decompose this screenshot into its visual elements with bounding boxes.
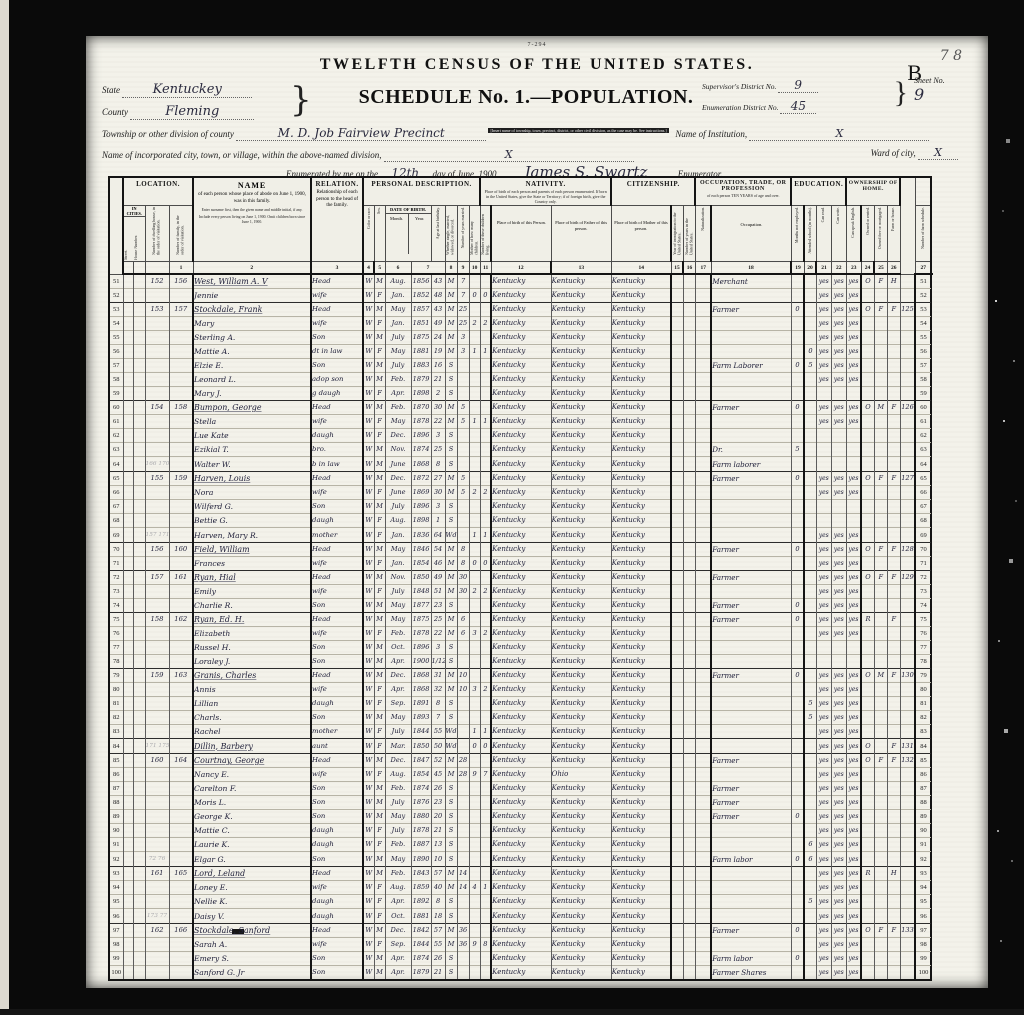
cell-s: F (374, 415, 385, 429)
cell-fh (887, 557, 900, 571)
cell-yus (683, 303, 695, 317)
county-value: Fleming (165, 104, 219, 119)
cell-cl: 1 (480, 725, 491, 739)
table-body: 51152156West, William A. VHeadWMAug.1856… (109, 274, 931, 980)
cell-ym (457, 514, 469, 528)
cell-n: 60 (109, 401, 123, 415)
cell-bm: Oct. (385, 909, 411, 924)
cell-rel: daugh (311, 697, 363, 711)
cell-cl (480, 613, 491, 627)
cell-mu: 0 (791, 401, 804, 415)
cell-s: M (374, 331, 385, 345)
cell-dw (145, 415, 169, 429)
cell-pb: Kentucky (491, 909, 551, 924)
cell-s: F (374, 909, 385, 924)
cell-pf: Kentucky (551, 627, 611, 641)
cell-age: 27 (431, 472, 445, 486)
cell-cl (480, 838, 491, 852)
cell-nat (695, 627, 711, 641)
cell-mc (469, 429, 480, 443)
cell-wr: yes (831, 274, 846, 289)
cell-bm: Dec. (385, 669, 411, 683)
cell-own: O (861, 401, 874, 415)
cell-pb: Kentucky (491, 754, 551, 768)
cell-n: 73 (109, 585, 123, 599)
cell-cl (480, 543, 491, 557)
cell-pf: Kentucky (551, 415, 611, 429)
cell-occ (711, 909, 791, 924)
cell-fr: F (874, 924, 887, 938)
cell-by: 1898 (411, 387, 431, 401)
father-birthplace-header: Place of birth of Father of this person. (551, 206, 611, 262)
cell-name: Stockdale, Sanford (193, 924, 311, 938)
cell-street (123, 514, 133, 528)
cell-yus (683, 415, 695, 429)
cell-cl (480, 867, 491, 881)
cell-fs (900, 274, 915, 289)
cell-pm: Kentucky (611, 683, 671, 697)
cell-wr (831, 641, 846, 655)
cell-fs (900, 895, 915, 909)
cell-sch (804, 867, 816, 881)
cell-n: 59 (109, 387, 123, 401)
cell-age: 55 (431, 938, 445, 952)
cell-name: Elgar G. (193, 852, 311, 867)
column-number: 18 (711, 262, 791, 275)
cell-dw (145, 331, 169, 345)
cell-imm (671, 373, 683, 387)
cell-pb: Kentucky (491, 683, 551, 697)
cell-ms: M (445, 543, 457, 557)
cell-mu (791, 373, 804, 387)
cell-own (861, 824, 874, 838)
months-not-employed-header: Months not employed. (791, 206, 804, 262)
cell-occ (711, 331, 791, 345)
cell-en: yes (846, 669, 861, 683)
cell-dw: 153 (145, 303, 169, 317)
cell-ym: 3 (457, 345, 469, 359)
cell-fr (874, 697, 887, 711)
cell-fh (887, 966, 900, 981)
cell-fam (169, 683, 193, 697)
cell-wr: yes (831, 669, 846, 683)
cell-age: 55 (431, 725, 445, 739)
cell-ym: 10 (457, 669, 469, 683)
census-row: 80AnniswifeWFApr.186832M1032KentuckyKent… (109, 683, 931, 697)
cell-house (133, 514, 145, 528)
cell-wr: yes (831, 613, 846, 627)
ghost-bleedthrough-number: 72 76 (149, 856, 166, 862)
cell-street (123, 289, 133, 303)
cell-wr (831, 387, 846, 401)
cell-n: 70 (915, 543, 931, 557)
cell-age: 3 (431, 500, 445, 514)
cell-pb: Kentucky (491, 824, 551, 838)
cell-pm: Kentucky (611, 317, 671, 331)
cell-own (861, 500, 874, 514)
cell-fr (874, 867, 887, 881)
cell-sch (804, 599, 816, 613)
cell-mc (469, 655, 480, 669)
cell-rd: yes (816, 303, 831, 317)
enumeration-district-value: 45 (791, 99, 806, 113)
cell-fh: F (887, 613, 900, 627)
birth-year-label: Year. (409, 214, 431, 254)
cell-house (133, 697, 145, 711)
cell-age: 18 (431, 909, 445, 924)
state-line: State Kentuckey (102, 82, 252, 98)
cell-own (861, 345, 874, 359)
cell-n: 53 (109, 303, 123, 317)
cell-wr: yes (831, 303, 846, 317)
cell-pf: Kentucky (551, 289, 611, 303)
cell-fr (874, 514, 887, 528)
cell-pb: Kentucky (491, 852, 551, 867)
cell-rel: daugh (311, 838, 363, 852)
cell-street (123, 500, 133, 514)
cell-name: Mattie C. (193, 824, 311, 838)
cell-s: F (374, 585, 385, 599)
cell-wr: yes (831, 796, 846, 810)
column-number: 2 (193, 262, 311, 275)
cell-own (861, 852, 874, 867)
cell-fh (887, 909, 900, 924)
cell-by: 1877 (411, 599, 431, 613)
cell-own (861, 881, 874, 895)
state-county-brace: } (290, 80, 312, 120)
cell-street (123, 641, 133, 655)
cell-fr (874, 429, 887, 443)
cell-cl (480, 359, 491, 373)
cell-age: 1 (431, 514, 445, 528)
cell-en: yes (846, 289, 861, 303)
cell-fh (887, 345, 900, 359)
cell-by: 1856 (411, 274, 431, 289)
cell-nat (695, 274, 711, 289)
cell-occ (711, 387, 791, 401)
cell-dw (145, 599, 169, 613)
cell-n: 76 (915, 627, 931, 641)
cell-by: 1857 (411, 303, 431, 317)
cell-sch (804, 500, 816, 514)
cell-bm: July (385, 824, 411, 838)
column-number: 13 (551, 262, 611, 275)
cell-dw (145, 429, 169, 443)
cell-house (133, 725, 145, 739)
cell-cl (480, 387, 491, 401)
cell-fs (900, 289, 915, 303)
can-read-header: Can read. (816, 206, 831, 262)
cell-nat (695, 739, 711, 754)
column-number: 8 (445, 262, 457, 275)
cell-occ: Farmer (711, 543, 791, 557)
cell-own (861, 585, 874, 599)
column-number: 12 (491, 262, 551, 275)
cell-yus (683, 782, 695, 796)
cell-name: Stockdale, Frank (193, 303, 311, 317)
cell-rd: yes (816, 599, 831, 613)
cell-fam (169, 909, 193, 924)
cell-c: W (363, 938, 374, 952)
cell-c: W (363, 599, 374, 613)
cell-own (861, 952, 874, 966)
cell-n: 81 (109, 697, 123, 711)
cell-c: W (363, 669, 374, 683)
cell-by: 1896 (411, 429, 431, 443)
cell-ym (457, 429, 469, 443)
cell-wr: yes (831, 782, 846, 796)
cell-bm: Dec. (385, 472, 411, 486)
cell-c: W (363, 345, 374, 359)
cell-pm: Kentucky (611, 359, 671, 373)
cell-ms: M (445, 683, 457, 697)
cell-s: M (374, 613, 385, 627)
cell-fh (887, 331, 900, 345)
cell-ym (457, 966, 469, 981)
cell-n: 71 (915, 557, 931, 571)
cell-age: 23 (431, 796, 445, 810)
cell-wr: yes (831, 415, 846, 429)
cell-occ (711, 655, 791, 669)
cell-fam: 166 (169, 924, 193, 938)
cell-ms: M (445, 613, 457, 627)
cell-fh (887, 810, 900, 824)
cell-pb: Kentucky (491, 303, 551, 317)
cell-name: Nellie K. (193, 895, 311, 909)
cell-s: F (374, 486, 385, 500)
cell-dw (145, 627, 169, 641)
census-row: 77Russel H.SonWMOct.18963SKentuckyKentuc… (109, 641, 931, 655)
cell-imm (671, 655, 683, 669)
cell-bm: Feb. (385, 373, 411, 387)
cell-nat (695, 824, 711, 838)
institution-label: Name of Institution, (675, 129, 747, 139)
cell-fam (169, 852, 193, 867)
cell-mu (791, 895, 804, 909)
cell-fh: H (887, 274, 900, 289)
cell-street (123, 824, 133, 838)
relation-column-header: RELATION. Relationship of each person to… (311, 177, 363, 262)
farm-schedule-header: Number of farm schedule. (915, 206, 931, 262)
cell-fam (169, 429, 193, 443)
census-row: 52JenniewifeWFJan.185248M700KentuckyKent… (109, 289, 931, 303)
cell-en: yes (846, 739, 861, 754)
cell-house (133, 739, 145, 754)
cell-n: 62 (915, 429, 931, 443)
cell-age: 10 (431, 852, 445, 867)
cell-cl: 2 (480, 683, 491, 697)
cell-s: F (374, 317, 385, 331)
cell-wr: yes (831, 528, 846, 543)
cell-n: 68 (109, 514, 123, 528)
cell-dw (145, 486, 169, 500)
cell-imm (671, 387, 683, 401)
cell-fam (169, 782, 193, 796)
cell-cl (480, 472, 491, 486)
cell-by: 1876 (411, 796, 431, 810)
cell-by: 1868 (411, 669, 431, 683)
cell-mu (791, 289, 804, 303)
cell-sch (804, 683, 816, 697)
cell-house (133, 373, 145, 387)
cell-street (123, 697, 133, 711)
cell-c: W (363, 711, 374, 725)
census-row: 86Nancy E.wifeWFAug.185445M2897KentuckyO… (109, 768, 931, 782)
cell-fam (169, 599, 193, 613)
cell-cl: 1 (480, 881, 491, 895)
cell-pb: Kentucky (491, 359, 551, 373)
cell-c: W (363, 852, 374, 867)
cell-fs (900, 317, 915, 331)
cell-ym (457, 387, 469, 401)
cell-mc: 1 (469, 725, 480, 739)
cell-n: 56 (109, 345, 123, 359)
cell-cl: 1 (480, 345, 491, 359)
cell-n: 83 (109, 725, 123, 739)
cell-mu: 0 (791, 924, 804, 938)
cell-house (133, 881, 145, 895)
cell-fam: 159 (169, 472, 193, 486)
census-row: 69157 171Harven, Mary R.motherWFJan.1836… (109, 528, 931, 543)
cell-street (123, 810, 133, 824)
cell-by: 1868 (411, 683, 431, 697)
census-row: 75158162Ryan, Ed. H.HeadWMMay187525M6Ken… (109, 613, 931, 627)
cell-house (133, 852, 145, 867)
cell-name: Elzie E. (193, 359, 311, 373)
cell-dw: 157 (145, 571, 169, 585)
cell-bm: Feb. (385, 401, 411, 415)
cell-street (123, 387, 133, 401)
cell-occ (711, 345, 791, 359)
cell-pf: Kentucky (551, 359, 611, 373)
cell-mc: 2 (469, 317, 480, 331)
cell-dw: 157 171 (145, 528, 169, 543)
cell-age: 7 (431, 711, 445, 725)
cell-c: W (363, 867, 374, 881)
cell-ym (457, 443, 469, 457)
cell-nat (695, 697, 711, 711)
census-row: 66NorawifeWFJune186930M522KentuckyKentuc… (109, 486, 931, 500)
cell-n: 65 (109, 472, 123, 486)
cell-pb: Kentucky (491, 331, 551, 345)
cell-house (133, 571, 145, 585)
cell-ms: M (445, 401, 457, 415)
cell-occ (711, 881, 791, 895)
cell-rd: yes (816, 881, 831, 895)
cell-c: W (363, 683, 374, 697)
cell-pm: Kentucky (611, 401, 671, 415)
cell-bm: Mar. (385, 739, 411, 754)
cell-bm: Jan. (385, 557, 411, 571)
cell-s: M (374, 443, 385, 457)
cell-dw: 160 (145, 754, 169, 768)
cell-en: yes (846, 966, 861, 981)
cell-house (133, 711, 145, 725)
cell-n: 66 (109, 486, 123, 500)
cell-street (123, 627, 133, 641)
cell-age: 46 (431, 557, 445, 571)
cell-by: 1883 (411, 359, 431, 373)
cell-name: George K. (193, 810, 311, 824)
cell-yus (683, 768, 695, 782)
cell-fr (874, 852, 887, 867)
cell-en: yes (846, 345, 861, 359)
cell-fh: F (887, 472, 900, 486)
cell-street (123, 796, 133, 810)
population-schedule-table: LOCATION. NAME of each person whose plac… (108, 176, 932, 981)
cell-n: 67 (109, 500, 123, 514)
age-header: Age at last birthday. (431, 206, 445, 262)
cell-pb: Kentucky (491, 514, 551, 528)
cell-pm: Kentucky (611, 711, 671, 725)
cell-street (123, 754, 133, 768)
cell-fs (900, 867, 915, 881)
scan-left-edge (0, 0, 9, 1015)
cell-pb: Kentucky (491, 289, 551, 303)
cell-name: Nancy E. (193, 768, 311, 782)
birth-month-label: Month. (386, 214, 409, 254)
schedule-title: SCHEDULE No. 1.—POPULATION. (326, 86, 726, 109)
cell-en (846, 641, 861, 655)
cell-n: 86 (109, 768, 123, 782)
cell-street (123, 303, 133, 317)
cell-name: Harven, Mary R. (193, 528, 311, 543)
cell-mc (469, 810, 480, 824)
cell-pm: Kentucky (611, 739, 671, 754)
cell-sch (804, 443, 816, 457)
cell-fr (874, 359, 887, 373)
cell-ym: 30 (457, 585, 469, 599)
cell-pf: Kentucky (551, 486, 611, 500)
cell-ms: S (445, 711, 457, 725)
column-number: 11 (480, 262, 491, 275)
cell-dw (145, 655, 169, 669)
cell-pm: Kentucky (611, 472, 671, 486)
cell-wr: yes (831, 924, 846, 938)
cell-en: yes (846, 613, 861, 627)
cell-s: M (374, 966, 385, 981)
cell-fh (887, 655, 900, 669)
cell-fam (169, 585, 193, 599)
cell-sch: 5 (804, 711, 816, 725)
cell-own (861, 655, 874, 669)
cell-fam (169, 641, 193, 655)
cell-occ (711, 429, 791, 443)
cell-occ: Farmer (711, 571, 791, 585)
cell-s: M (374, 472, 385, 486)
cell-rd: yes (816, 952, 831, 966)
cell-by: 1881 (411, 909, 431, 924)
cell-mc: 4 (469, 881, 480, 895)
cell-own: O (861, 472, 874, 486)
cell-ym (457, 909, 469, 924)
cell-own (861, 373, 874, 387)
cell-rel: Son (311, 952, 363, 966)
cell-fr (874, 895, 887, 909)
cell-name: Loney E. (193, 881, 311, 895)
date-of-birth-header: DATE OF BIRTH. Month. Year. (385, 206, 431, 262)
cell-rd: yes (816, 472, 831, 486)
cell-en: yes (846, 415, 861, 429)
cell-mu (791, 514, 804, 528)
cell-pm: Kentucky (611, 613, 671, 627)
cell-sch (804, 641, 816, 655)
cell-house (133, 641, 145, 655)
cell-mc (469, 500, 480, 514)
cell-en: yes (846, 571, 861, 585)
cell-own: O (861, 303, 874, 317)
cell-bm: May (385, 415, 411, 429)
